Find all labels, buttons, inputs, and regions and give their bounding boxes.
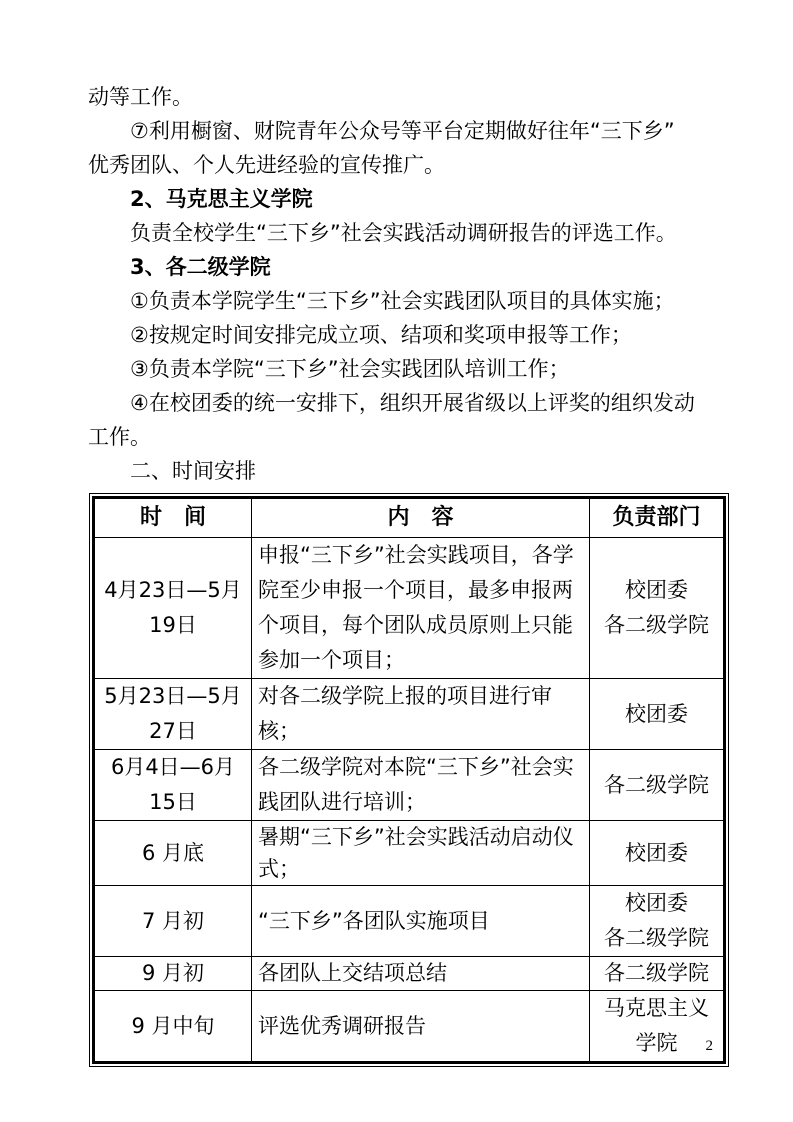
time-cell: 6 月底 <box>94 821 252 886</box>
paragraph-item-2: ②按规定时间安排完成立项、结项和奖项申报等工作； <box>88 318 710 352</box>
heading-schedule-section: 二、时间安排 <box>88 454 710 488</box>
content-cell: 评选优秀调研报告 <box>252 991 590 1063</box>
department-cell: 马克思主义 学院 <box>590 991 725 1063</box>
table-row: 6 月底 暑期“三下乡”社会实践活动启动仪式； 校团委 <box>94 821 725 886</box>
content-cell: “三下乡”各团队实施项目 <box>252 886 590 957</box>
time-cell: 9 月中旬 <box>94 991 252 1063</box>
table-row: 7 月初 “三下乡”各团队实施项目 校团委 各二级学院 <box>94 886 725 957</box>
heading-secondary-colleges: 3、各二级学院 <box>88 250 710 284</box>
schedule-table-grid: 时 间 内 容 负责部门 4月23日—5月19日 申报“三下乡”社会实践项目，各… <box>92 496 726 1064</box>
col-header-time: 时 间 <box>94 498 252 538</box>
content-cell: 暑期“三下乡”社会实践活动启动仪式； <box>252 821 590 886</box>
col-header-content: 内 容 <box>252 498 590 538</box>
department-cell: 各二级学院 <box>590 957 725 991</box>
paragraph-continuation: 动等工作。 <box>88 80 710 114</box>
table-row: 9 月初 各团队上交结项总结 各二级学院 <box>94 957 725 991</box>
content-cell: 对各二级学院上报的项目进行审核； <box>252 679 590 750</box>
time-cell: 6月4日—6月15日 <box>94 750 252 821</box>
department-cell: 校团委 <box>590 821 725 886</box>
paragraph-item-7: ⑦利用橱窗、财院青年公众号等平台定期做好往年“三下乡” 优秀团队、个人先进经验的… <box>88 114 710 182</box>
col-header-department: 负责部门 <box>590 498 725 538</box>
body-text: 动等工作。 ⑦利用橱窗、财院青年公众号等平台定期做好往年“三下乡” 优秀团队、个… <box>88 80 710 488</box>
table-row: 4月23日—5月19日 申报“三下乡”社会实践项目，各学院至少申报一个项目，最多… <box>94 538 725 679</box>
table-row: 9 月中旬 评选优秀调研报告 马克思主义 学院 <box>94 991 725 1063</box>
department-cell: 各二级学院 <box>590 750 725 821</box>
paragraph-item-3: ③负责本学院“三下乡”社会实践团队培训工作； <box>88 352 710 386</box>
paragraph-marxism-duty: 负责全校学生“三下乡”社会实践活动调研报告的评选工作。 <box>88 216 710 250</box>
time-cell: 5月23日—5月27日 <box>94 679 252 750</box>
heading-marxism-college: 2、马克思主义学院 <box>88 182 710 216</box>
paragraph-item-1: ①负责本学院学生“三下乡”社会实践团队项目的具体实施； <box>88 284 710 318</box>
document-page: 动等工作。 ⑦利用橱窗、财院青年公众号等平台定期做好往年“三下乡” 优秀团队、个… <box>0 0 793 1122</box>
table-row: 6月4日—6月15日 各二级学院对本院“三下乡”社会实践团队进行培训； 各二级学… <box>94 750 725 821</box>
department-cell: 校团委 各二级学院 <box>590 538 725 679</box>
paragraph-item-4: ④在校团委的统一安排下，组织开展省级以上评奖的组织发动 工作。 <box>88 386 710 454</box>
department-cell: 校团委 <box>590 679 725 750</box>
table-row: 5月23日—5月27日 对各二级学院上报的项目进行审核； 校团委 <box>94 679 725 750</box>
time-cell: 4月23日—5月19日 <box>94 538 252 679</box>
content-cell: 申报“三下乡”社会实践项目，各学院至少申报一个项目，最多申报两个项目，每个团队成… <box>252 538 590 679</box>
page-number: 2 <box>706 1038 714 1055</box>
time-cell: 9 月初 <box>94 957 252 991</box>
table-header-row: 时 间 内 容 负责部门 <box>94 498 725 538</box>
time-cell: 7 月初 <box>94 886 252 957</box>
content-cell: 各二级学院对本院“三下乡”社会实践团队进行培训； <box>252 750 590 821</box>
schedule-table: 时 间 内 容 负责部门 4月23日—5月19日 申报“三下乡”社会实践项目，各… <box>89 493 729 1067</box>
content-cell: 各团队上交结项总结 <box>252 957 590 991</box>
department-cell: 校团委 各二级学院 <box>590 886 725 957</box>
